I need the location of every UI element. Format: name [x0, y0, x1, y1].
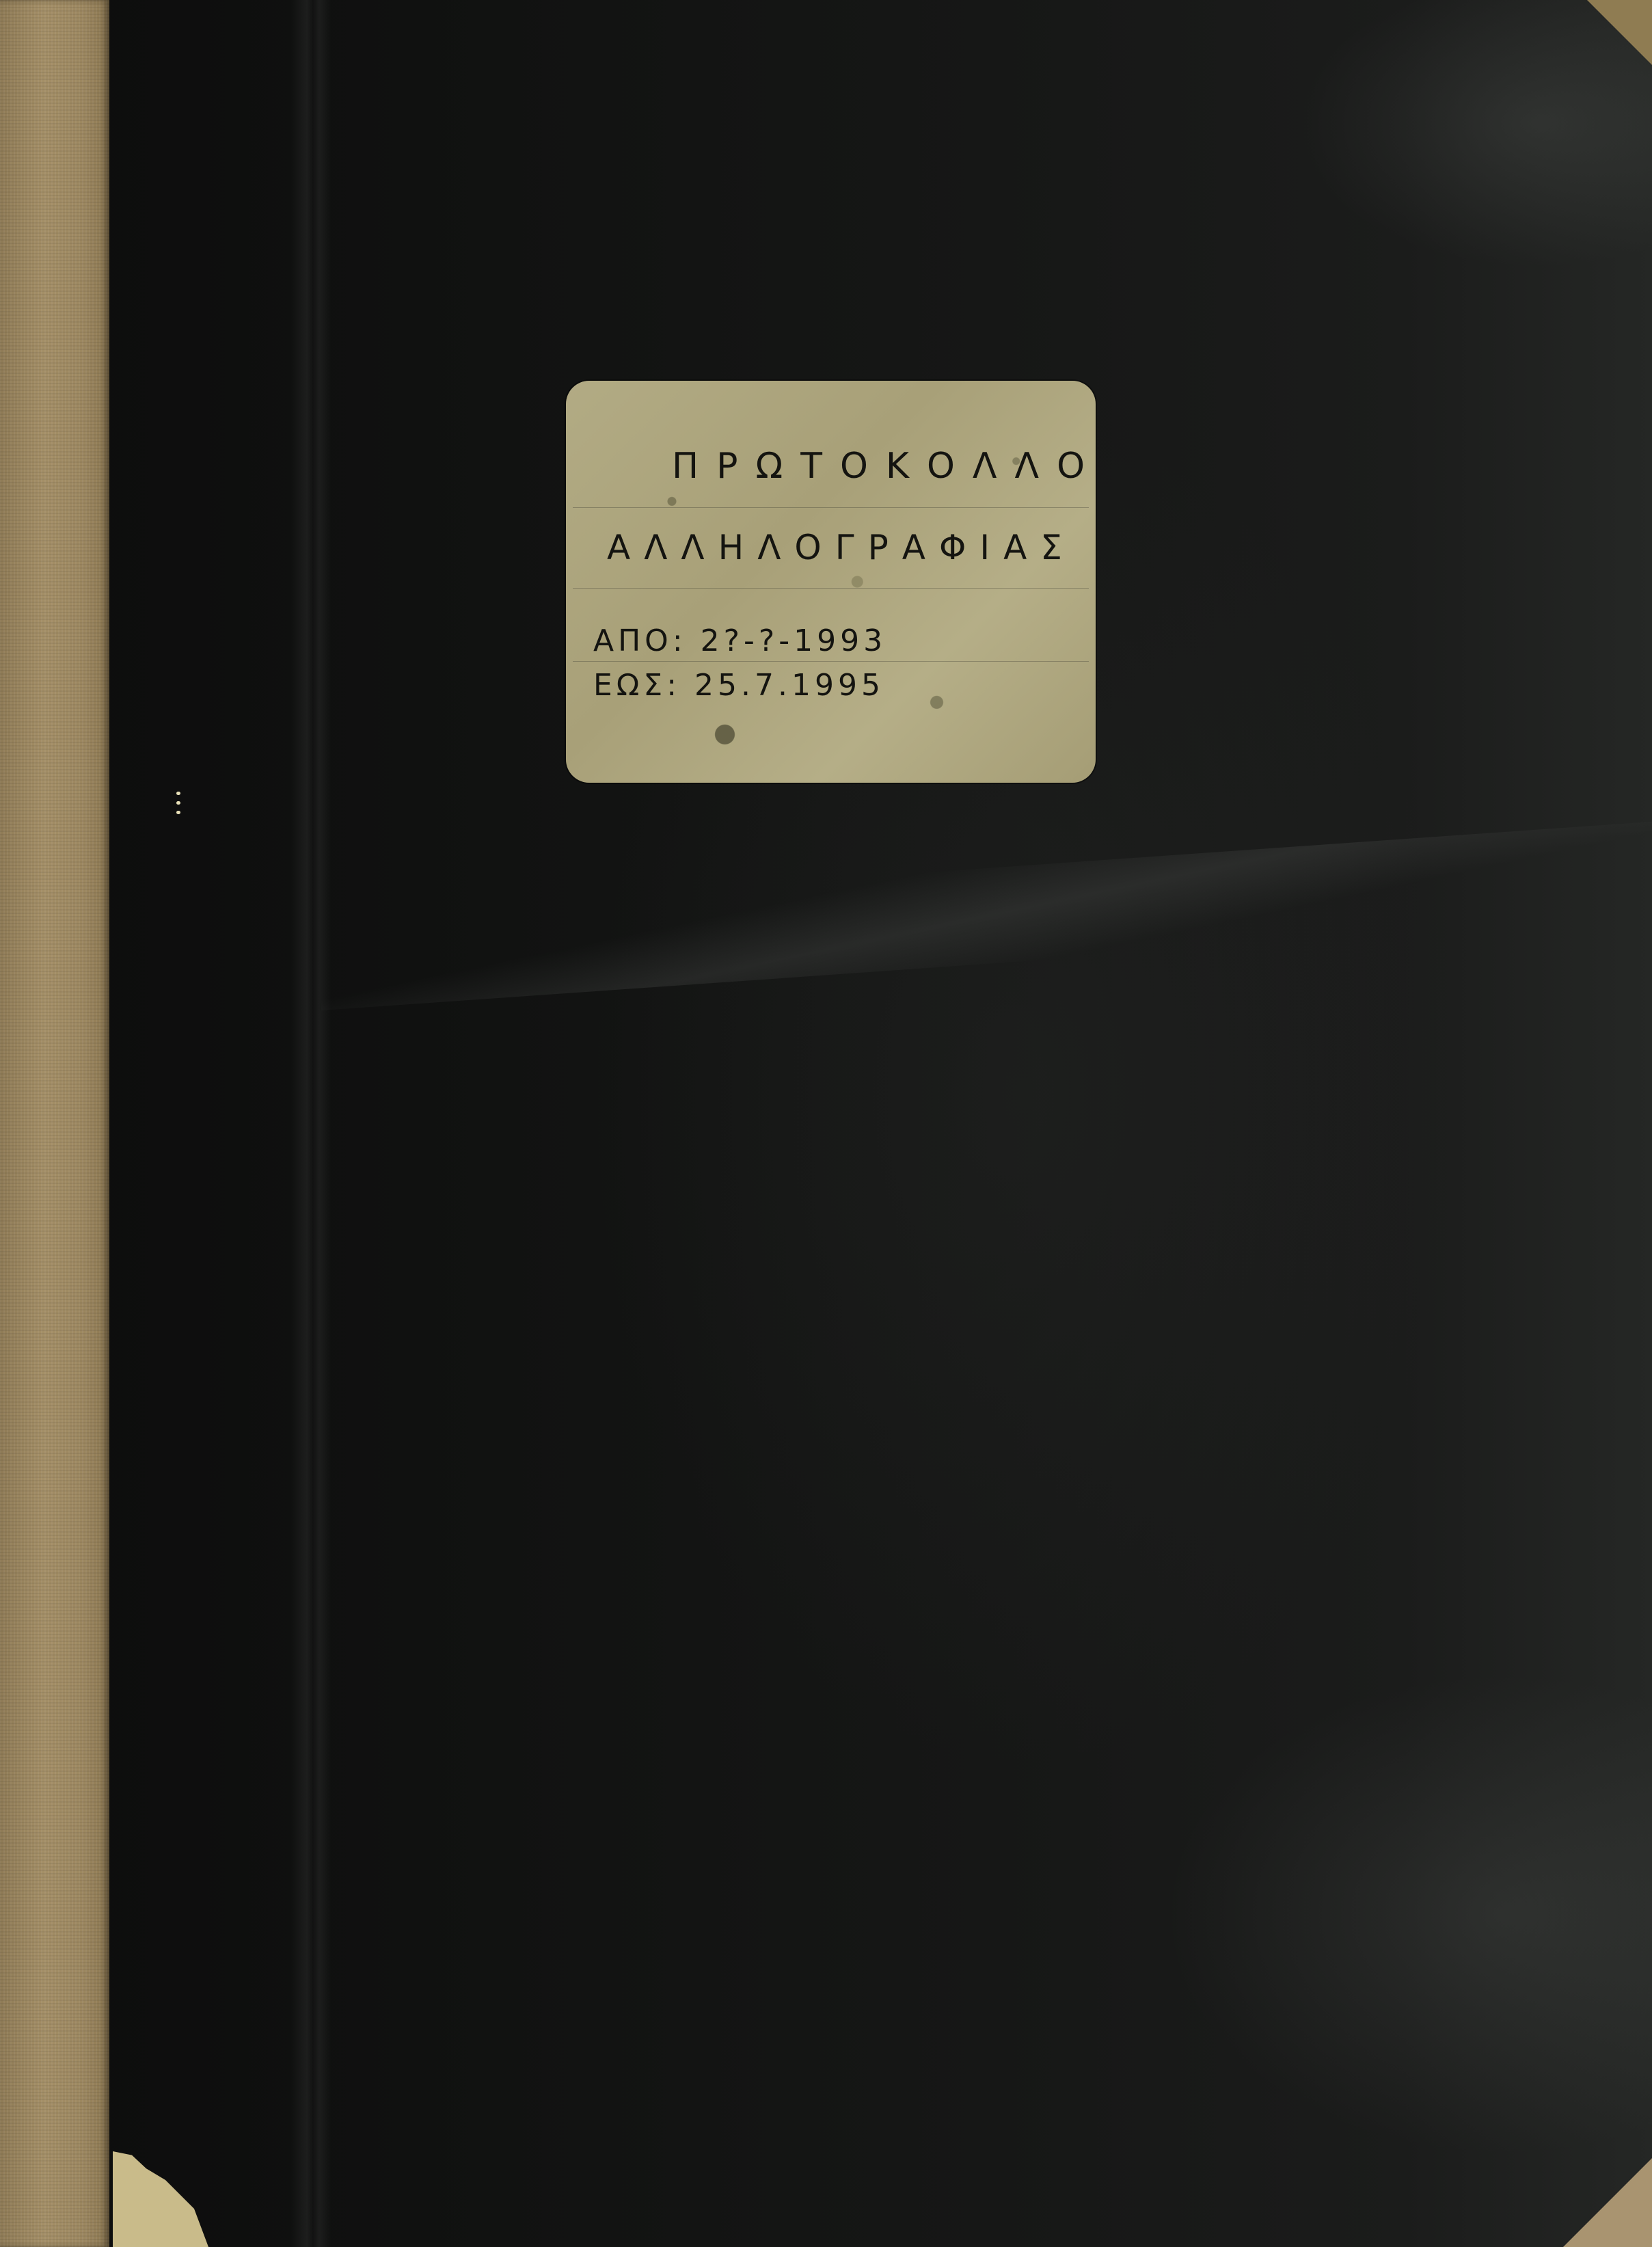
cover-hinge-crease [290, 0, 331, 2247]
label-title-line1: ΠΡΩΤΟΚΟΛΛΟ [672, 446, 1102, 487]
label-title-line2: ΑΛΛΗΛΟΓΡΑΦΙΑΣ [607, 528, 1076, 567]
label-rule [573, 588, 1089, 589]
book-cover [0, 0, 1652, 2247]
label-rule [573, 661, 1089, 662]
decorative-dots [176, 792, 183, 819]
label-rule [573, 507, 1089, 508]
cloth-spine [0, 0, 109, 2247]
label-date-from: ΑΠΟ: 2?-?-1993 [593, 623, 886, 658]
cover-label: ΠΡΩΤΟΚΟΛΛΟ ΑΛΛΗΛΟΓΡΑΦΙΑΣ ΑΠΟ: 2?-?-1993 … [566, 381, 1096, 783]
label-date-to: ΕΩΣ: 25.7.1995 [593, 668, 884, 703]
